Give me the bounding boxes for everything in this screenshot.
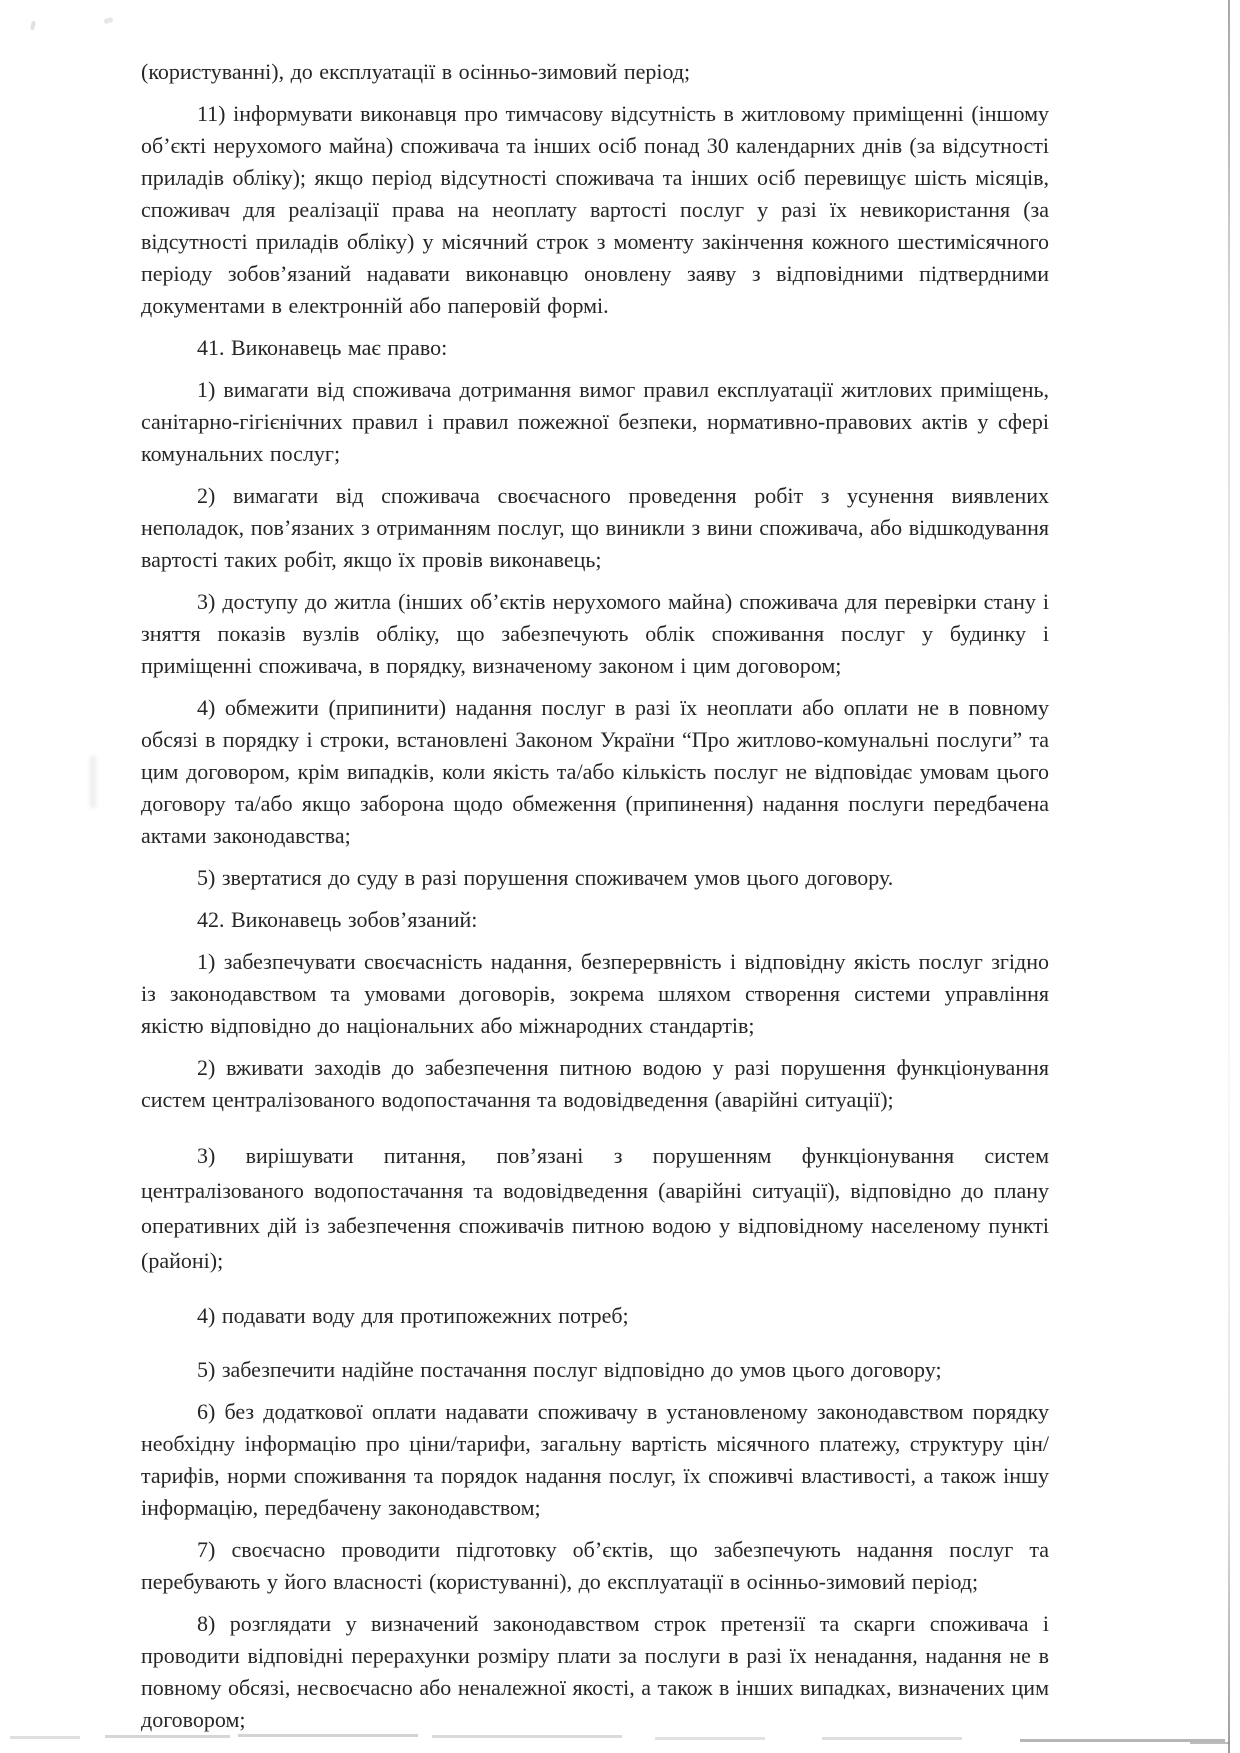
paragraph-42-item-6: 6) без додаткової оплати надавати спожив… [141, 1396, 1049, 1524]
paragraph-41-item-4: 4) обмежити (припинити) надання послуг в… [141, 692, 1049, 852]
paragraph-42-item-7: 7) своєчасно проводити підготовку об’єкт… [141, 1534, 1049, 1598]
document-text-block: (користуванні), до експлуатації в осіннь… [141, 56, 1049, 1736]
scan-artifact-speck [30, 21, 36, 31]
paragraph-42-item-3: 3) вирішувати питання, пов’язані з поруш… [141, 1138, 1049, 1278]
scan-artifact-bottom-streak [432, 1735, 622, 1738]
scan-artifact-speck [103, 17, 113, 25]
scan-artifact-bottom-streak [10, 1736, 80, 1739]
paragraph-41-item-1: 1) вимагати від споживача дотримання вим… [141, 374, 1049, 470]
paragraph-clause-42: 42. Виконавець зобов’язаний: [141, 904, 1049, 936]
scan-artifact-bottom-streak [105, 1735, 230, 1738]
paragraph-clause-41: 41. Виконавець має право: [141, 332, 1049, 364]
paragraph-42-item-2: 2) вживати заходів до забезпечення питно… [141, 1052, 1049, 1116]
paragraph-42-item-5: 5) забезпечити надійне постачання послуг… [141, 1354, 1049, 1386]
scan-artifact-smudge [90, 756, 96, 808]
paragraph-41-item-3: 3) доступу до житла (інших об’єктів неру… [141, 586, 1049, 682]
paragraph-41-item-2: 2) вимагати від споживача своєчасного пр… [141, 480, 1049, 576]
paragraph-cont-1: (користуванні), до експлуатації в осіннь… [141, 56, 1049, 88]
scan-artifact-bottom-streak [238, 1734, 418, 1737]
paragraph-item-11: 11) інформувати виконавця про тимчасову … [141, 98, 1049, 322]
scanned-document-page: (користуванні), до експлуатації в осіннь… [0, 0, 1240, 1753]
paragraph-42-item-8: 8) розглядати у визначений законодавство… [141, 1608, 1049, 1736]
scan-artifact-bottom-streak [655, 1737, 765, 1740]
paragraph-41-item-5: 5) звертатися до суду в разі порушення с… [141, 862, 1049, 894]
scan-artifact-bottom-streak [1190, 1742, 1230, 1744]
scan-artifact-bottom-streak [822, 1737, 962, 1740]
scan-artifact-page-edge-line [1228, 0, 1230, 1753]
paragraph-42-item-1: 1) забезпечувати своєчасність надання, б… [141, 946, 1049, 1042]
paragraph-42-item-4: 4) подавати воду для протипожежних потре… [141, 1300, 1049, 1332]
